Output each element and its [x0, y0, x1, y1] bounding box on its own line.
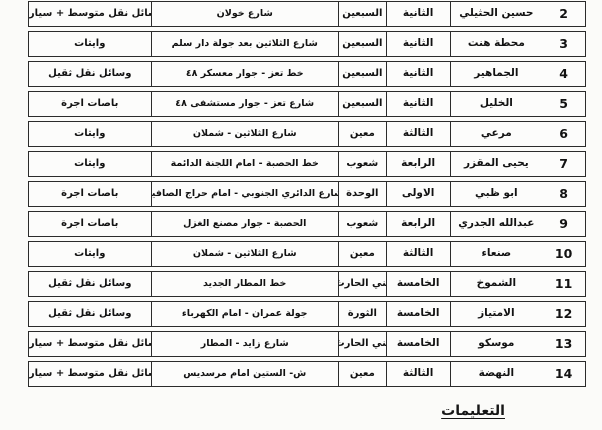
- cell-transport: وسائل نقل متوسط + سيارات: [29, 362, 151, 386]
- cell-street: ش- الستين امام مرسديس: [151, 362, 338, 386]
- cell-name: صنعاء: [450, 242, 543, 266]
- table-row: وسائل نقل ثقيلخط تعز - جوار معسكر ٤٨السب…: [28, 61, 586, 87]
- cell-number: 10: [542, 242, 585, 266]
- cell-number: 14: [542, 362, 585, 386]
- cell-street: شارع تعز - جوار مستشفى ٤٨: [151, 92, 338, 116]
- cell-transport: باصات اجرة: [29, 212, 151, 236]
- cell-street: شارع الثلاثين - شملان: [151, 122, 338, 146]
- cell-name: الشموخ: [450, 272, 543, 296]
- cell-district: الثورة: [338, 302, 386, 326]
- cell-zone: الخامسة: [386, 272, 450, 296]
- scanned-document-page: وسائل نقل متوسط + سياراتشارع خولانالسبعي…: [0, 0, 602, 430]
- cell-name: الجماهير: [450, 62, 543, 86]
- cell-zone: الثانية: [386, 62, 450, 86]
- table-row: وسائل نقل متوسط + سياراتشارع زايد - المط…: [28, 331, 586, 357]
- cell-transport: باصات اجرة: [29, 182, 151, 206]
- cell-name: الخليل: [450, 92, 543, 116]
- cell-number: 2: [542, 2, 585, 26]
- cell-name: النهضة: [450, 362, 543, 386]
- cell-district: بني الحارث: [338, 332, 386, 356]
- instructions-heading: التعليمات: [441, 403, 505, 419]
- table-row: وايتاتشارع الثلاثين - شملانمعينالثالثةصن…: [28, 241, 586, 267]
- cell-transport: وايتات: [29, 122, 151, 146]
- cell-number: 12: [542, 302, 585, 326]
- cell-street: شارع الدائري الجنوبي - امام حراج الصافية: [151, 182, 338, 206]
- cell-street: خط تعز - جوار معسكر ٤٨: [151, 62, 338, 86]
- cell-number: 4: [542, 62, 585, 86]
- table-row: باصات اجرةشارع الدائري الجنوبي - امام حر…: [28, 181, 586, 207]
- cell-number: 13: [542, 332, 585, 356]
- cell-zone: الثالثة: [386, 242, 450, 266]
- cell-transport: وايتات: [29, 242, 151, 266]
- cell-transport: وسائل نقل متوسط + سيارات: [29, 332, 151, 356]
- table-row: وسائل نقل ثقيلخط المطار الجديدبني الحارث…: [28, 271, 586, 297]
- cell-street: شارع خولان: [151, 2, 338, 26]
- cell-name: محطة هنت: [450, 32, 543, 56]
- cell-number: 9: [542, 212, 585, 236]
- cell-street: خط الحصبة - امام اللجنة الدائمة: [151, 152, 338, 176]
- cell-district: الوحدة: [338, 182, 386, 206]
- cell-transport: وايتات: [29, 32, 151, 56]
- cell-zone: الاولى: [386, 182, 450, 206]
- table-row: وسائل نقل متوسط + سياراتشارع خولانالسبعي…: [28, 1, 586, 27]
- cell-transport: وسائل نقل ثقيل: [29, 272, 151, 296]
- cell-name: موسكو: [450, 332, 543, 356]
- table-row: وايتاتشارع الثلاثين - شملانمعينالثالثةمر…: [28, 121, 586, 147]
- table-row: وايتاتشارع الثلاثين بعد جولة دار سلمالسب…: [28, 31, 586, 57]
- cell-street: الحصبة - جوار مصنع الغزل: [151, 212, 338, 236]
- cell-transport: وسائل نقل ثقيل: [29, 302, 151, 326]
- cell-street: شارع الثلاثين - شملان: [151, 242, 338, 266]
- cell-district: السبعين: [338, 32, 386, 56]
- cell-name: ابو ظبي: [450, 182, 543, 206]
- cell-district: شعوب: [338, 212, 386, 236]
- cell-name: مرعي: [450, 122, 543, 146]
- cell-zone: الرابعة: [386, 152, 450, 176]
- cell-transport: وسائل نقل ثقيل: [29, 62, 151, 86]
- cell-zone: الرابعة: [386, 212, 450, 236]
- cell-district: معين: [338, 122, 386, 146]
- cell-district: بني الحارث: [338, 272, 386, 296]
- stations-table: وسائل نقل متوسط + سياراتشارع خولانالسبعي…: [28, 1, 586, 391]
- cell-zone: الثانية: [386, 32, 450, 56]
- cell-number: 8: [542, 182, 585, 206]
- table-row: وسائل نقل ثقيلجولة عمران - امام الكهرباء…: [28, 301, 586, 327]
- cell-district: السبعين: [338, 2, 386, 26]
- cell-street: شارع الثلاثين بعد جولة دار سلم: [151, 32, 338, 56]
- cell-district: السبعين: [338, 92, 386, 116]
- cell-street: جولة عمران - امام الكهرباء: [151, 302, 338, 326]
- cell-zone: الثانية: [386, 92, 450, 116]
- cell-name: عبدالله الجدري: [450, 212, 543, 236]
- cell-name: الامتياز: [450, 302, 543, 326]
- cell-transport: وايتات: [29, 152, 151, 176]
- table-row: باصات اجرةالحصبة - جوار مصنع الغزلشعوبال…: [28, 211, 586, 237]
- cell-transport: باصات اجرة: [29, 92, 151, 116]
- table-row: باصات اجرةشارع تعز - جوار مستشفى ٤٨السبع…: [28, 91, 586, 117]
- cell-number: 6: [542, 122, 585, 146]
- cell-zone: الثانية: [386, 2, 450, 26]
- cell-street: خط المطار الجديد: [151, 272, 338, 296]
- cell-district: معين: [338, 242, 386, 266]
- cell-number: 7: [542, 152, 585, 176]
- cell-district: السبعين: [338, 62, 386, 86]
- cell-zone: الثالثة: [386, 362, 450, 386]
- cell-name: حسين الحثيلي: [450, 2, 543, 26]
- cell-zone: الخامسة: [386, 302, 450, 326]
- cell-zone: الثالثة: [386, 122, 450, 146]
- cell-district: شعوب: [338, 152, 386, 176]
- cell-number: 5: [542, 92, 585, 116]
- cell-zone: الخامسة: [386, 332, 450, 356]
- table-row: وسائل نقل متوسط + سياراتش- الستين امام م…: [28, 361, 586, 387]
- cell-number: 11: [542, 272, 585, 296]
- table-row: وايتاتخط الحصبة - امام اللجنة الدائمةشعو…: [28, 151, 586, 177]
- cell-street: شارع زايد - المطار: [151, 332, 338, 356]
- cell-district: معين: [338, 362, 386, 386]
- cell-transport: وسائل نقل متوسط + سيارات: [29, 2, 151, 26]
- cell-number: 3: [542, 32, 585, 56]
- cell-name: يحيى المقزر: [450, 152, 543, 176]
